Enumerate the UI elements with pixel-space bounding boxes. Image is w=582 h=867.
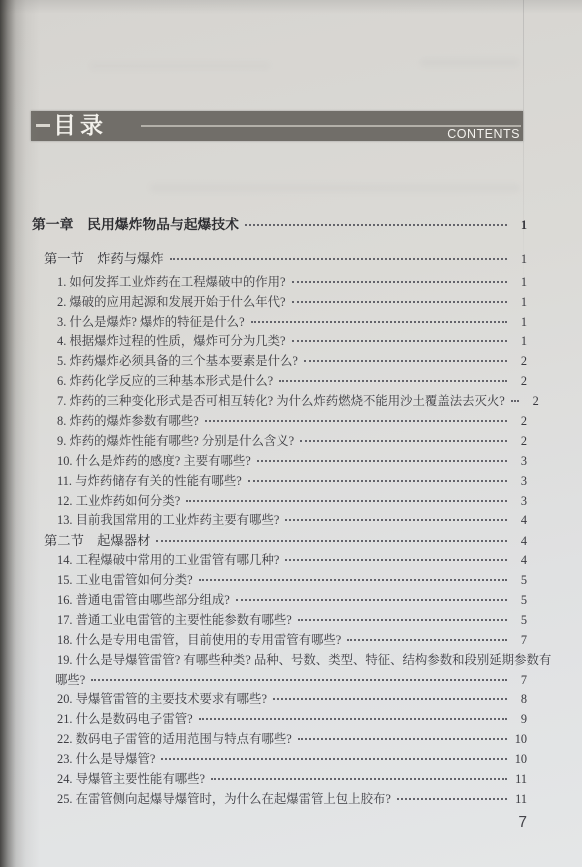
toc-entry-page: 10 bbox=[512, 730, 527, 750]
toc-entry-page: 4 bbox=[512, 551, 527, 571]
toc-item-row: 1. 如何发挥工业炸药在工程爆破中的作用?1 bbox=[32, 273, 527, 293]
toc-item-row: 16. 普通电雷管由哪些部分组成?5 bbox=[32, 591, 527, 611]
toc-item-row: 10. 什么是炸药的感度? 主要有哪些?3 bbox=[32, 452, 527, 472]
toc-section-row: 第二节 起爆器材4 bbox=[32, 531, 527, 551]
toc-entry-label: 第一章 民用爆炸物品与起爆技术 bbox=[32, 215, 239, 235]
toc-entry-page: 1 bbox=[512, 313, 527, 333]
header-dash-rule bbox=[36, 124, 50, 127]
toc-item-wrap-row: 哪些?7 bbox=[32, 671, 527, 691]
dot-leader bbox=[205, 420, 507, 422]
toc-item-row: 21. 什么是数码电子雷管?9 bbox=[32, 710, 527, 730]
dot-leader bbox=[347, 639, 507, 641]
toc-entry-label: 20. 导爆管雷管的主要技术要求有哪些? bbox=[57, 690, 267, 710]
contents-title-cn: 目录 bbox=[53, 110, 107, 140]
toc-entry-label: 19. 什么是导爆管雷管? 有哪些种类? 品种、号数、类型、特征、结构参数和段别… bbox=[57, 651, 551, 671]
toc-entry-label: 8. 炸药的爆炸参数有哪些? bbox=[57, 412, 199, 432]
toc-entry-label: 22. 数码电子雷管的适用范围与特点有哪些? bbox=[57, 730, 292, 750]
dot-leader bbox=[304, 360, 507, 362]
toc-item-row: 22. 数码电子雷管的适用范围与特点有哪些?10 bbox=[32, 730, 527, 750]
toc-entry-label: 16. 普通电雷管由哪些部分组成? bbox=[57, 591, 230, 611]
photo-top-shade bbox=[0, 0, 582, 14]
toc-entry-label: 18. 什么是专用电雷管，目前使用的专用雷管有哪些? bbox=[57, 631, 341, 651]
toc-entry-label: 6. 炸药化学反应的三种基本形式是什么? bbox=[57, 372, 273, 392]
toc-entry-label: 第二节 起爆器材 bbox=[44, 531, 150, 551]
toc-entry-label: 1. 如何发挥工业炸药在工程爆破中的作用? bbox=[57, 273, 286, 293]
toc-entry-label: 10. 什么是炸药的感度? 主要有哪些? bbox=[57, 452, 251, 472]
toc-item-row: 24. 导爆管主要性能有哪些?11 bbox=[32, 770, 527, 790]
toc-item-row: 9. 炸药的爆炸性能有哪些? 分别是什么含义?2 bbox=[32, 432, 527, 452]
page-number: 7 bbox=[518, 814, 527, 832]
dot-leader bbox=[245, 224, 507, 226]
contents-title-en: CONTENTS bbox=[447, 127, 520, 141]
toc-entry-label: 25. 在雷管侧向起爆导爆管时，为什么在起爆雷管上包上胶布? bbox=[57, 790, 391, 810]
toc-entry-page: 9 bbox=[512, 710, 527, 730]
toc-entry-label: 第一节 炸药与爆炸 bbox=[44, 249, 164, 269]
toc-entry-label: 5. 炸药爆炸必须具备的三个基本要素是什么? bbox=[57, 352, 298, 372]
dot-leader bbox=[211, 778, 507, 780]
toc-entry-page: 3 bbox=[512, 452, 527, 472]
toc-entry-page: 5 bbox=[512, 591, 527, 611]
dot-leader bbox=[273, 698, 507, 700]
toc-entry-page: 2 bbox=[524, 392, 539, 412]
book-page-photo: 目录 CONTENTS 第一章 民用爆炸物品与起爆技术1第一节 炸药与爆炸11.… bbox=[0, 0, 582, 867]
dot-leader bbox=[397, 798, 507, 800]
toc-entry-page: 10 bbox=[512, 750, 527, 770]
dot-leader bbox=[285, 559, 507, 561]
dot-leader bbox=[161, 758, 507, 760]
dot-leader bbox=[511, 400, 519, 402]
toc-item-row: 6. 炸药化学反应的三种基本形式是什么?2 bbox=[32, 372, 527, 392]
toc-entry-page: 5 bbox=[512, 571, 527, 591]
dot-leader bbox=[199, 579, 507, 581]
dot-leader bbox=[300, 440, 507, 442]
toc-entry-page: 2 bbox=[512, 412, 527, 432]
toc-item-row: 2. 爆破的应用起源和发展开始于什么年代?1 bbox=[32, 293, 527, 313]
toc-item-row: 15. 工业电雷管如何分类?5 bbox=[32, 571, 527, 591]
toc-entry-label: 12. 工业炸药如何分类? bbox=[57, 492, 180, 512]
dot-leader bbox=[170, 258, 507, 260]
toc-item-row: 25. 在雷管侧向起爆导爆管时，为什么在起爆雷管上包上胶布?11 bbox=[32, 790, 527, 810]
toc-entry-label: 17. 普通工业电雷管的主要性能参数有哪些? bbox=[57, 611, 292, 631]
toc-item-row: 11. 与炸药储存有关的性能有哪些?3 bbox=[32, 472, 527, 492]
toc-item-row: 19. 什么是导爆管雷管? 有哪些种类? 品种、号数、类型、特征、结构参数和段别… bbox=[32, 651, 527, 671]
toc-entry-label: 2. 爆破的应用起源和发展开始于什么年代? bbox=[57, 293, 286, 313]
toc-entry-page: 4 bbox=[512, 511, 527, 531]
toc-item-row: 4. 根据爆炸过程的性质，爆炸可分为几类?1 bbox=[32, 332, 527, 352]
dot-leader bbox=[91, 679, 507, 681]
toc-entry-page: 1 bbox=[512, 273, 527, 293]
toc-entry-page: 7 bbox=[512, 631, 527, 651]
toc-entry-page: 1 bbox=[512, 332, 527, 352]
toc-entry-page: 1 bbox=[512, 250, 527, 270]
toc-entry-label: 4. 根据爆炸过程的性质，爆炸可分为几类? bbox=[57, 332, 286, 352]
toc-entry-label: 哪些? bbox=[55, 671, 85, 691]
toc-entry-label: 21. 什么是数码电子雷管? bbox=[57, 710, 193, 730]
toc-entry-page: 4 bbox=[512, 532, 527, 552]
toc-entry-label: 14. 工程爆破中常用的工业雷管有哪几种? bbox=[57, 551, 279, 571]
toc-item-row: 7. 炸药的三种变化形式是否可相互转化? 为什么炸药燃烧不能用沙土覆盖法去灭火?… bbox=[32, 392, 527, 412]
toc-entry-page: 7 bbox=[512, 671, 527, 691]
toc-entry-page: 1 bbox=[512, 293, 527, 313]
toc-item-row: 23. 什么是导爆管?10 bbox=[32, 750, 527, 770]
toc-entry-label: 23. 什么是导爆管? bbox=[57, 750, 155, 770]
toc-item-row: 14. 工程爆破中常用的工业雷管有哪几种?4 bbox=[32, 551, 527, 571]
toc-item-row: 20. 导爆管雷管的主要技术要求有哪些?8 bbox=[32, 690, 527, 710]
toc-entry-page: 8 bbox=[512, 690, 527, 710]
dot-leader bbox=[156, 540, 507, 542]
toc-list: 第一章 民用爆炸物品与起爆技术1第一节 炸药与爆炸11. 如何发挥工业炸药在工程… bbox=[32, 215, 527, 810]
dot-leader bbox=[292, 340, 507, 342]
toc-entry-page: 2 bbox=[512, 372, 527, 392]
toc-entry-page: 3 bbox=[512, 492, 527, 512]
dot-leader bbox=[298, 738, 507, 740]
page-showthrough bbox=[150, 184, 520, 192]
toc-entry-page: 5 bbox=[512, 611, 527, 631]
toc-entry-label: 15. 工业电雷管如何分类? bbox=[57, 571, 193, 591]
toc-entry-page: 11 bbox=[512, 790, 527, 810]
page-showthrough bbox=[420, 58, 520, 67]
toc-entry-page: 1 bbox=[512, 216, 527, 236]
toc-section-row: 第一节 炸药与爆炸1 bbox=[32, 249, 527, 269]
dot-leader bbox=[298, 619, 507, 621]
toc-entry-label: 11. 与炸药储存有关的性能有哪些? bbox=[57, 472, 242, 492]
toc-entry-label: 24. 导爆管主要性能有哪些? bbox=[57, 770, 205, 790]
toc-item-row: 13. 目前我国常用的工业炸药主要有哪些?4 bbox=[32, 511, 527, 531]
page-showthrough bbox=[90, 62, 270, 70]
toc-item-row: 12. 工业炸药如何分类?3 bbox=[32, 492, 527, 512]
toc-item-row: 18. 什么是专用电雷管，目前使用的专用雷管有哪些?7 bbox=[32, 631, 527, 651]
toc-entry-page: 3 bbox=[512, 472, 527, 492]
dot-leader bbox=[292, 281, 507, 283]
dot-leader bbox=[257, 460, 507, 462]
toc-entry-label: 3. 什么是爆炸? 爆炸的特征是什么? bbox=[57, 313, 245, 333]
toc-item-row: 17. 普通工业电雷管的主要性能参数有哪些?5 bbox=[32, 611, 527, 631]
toc-entry-page: 2 bbox=[512, 352, 527, 372]
toc-item-row: 5. 炸药爆炸必须具备的三个基本要素是什么?2 bbox=[32, 352, 527, 372]
dot-leader bbox=[285, 519, 507, 521]
dot-leader bbox=[236, 599, 507, 601]
contents-header-bar: 目录 CONTENTS bbox=[31, 111, 523, 141]
toc-item-row: 3. 什么是爆炸? 爆炸的特征是什么?1 bbox=[32, 313, 527, 333]
dot-leader bbox=[248, 480, 507, 482]
dot-leader bbox=[186, 500, 507, 502]
toc-entry-page: 2 bbox=[512, 432, 527, 452]
toc-entry-label: 7. 炸药的三种变化形式是否可相互转化? 为什么炸药燃烧不能用沙土覆盖法去灭火? bbox=[57, 392, 505, 412]
dot-leader bbox=[199, 718, 507, 720]
dot-leader bbox=[292, 301, 507, 303]
toc-entry-page: 11 bbox=[512, 770, 527, 790]
toc-entry-label: 13. 目前我国常用的工业炸药主要有哪些? bbox=[57, 511, 279, 531]
dot-leader bbox=[279, 380, 507, 382]
toc-item-row: 8. 炸药的爆炸参数有哪些?2 bbox=[32, 412, 527, 432]
toc-chapter-row: 第一章 民用爆炸物品与起爆技术1 bbox=[32, 215, 527, 235]
dot-leader bbox=[251, 321, 507, 323]
toc-entry-label: 9. 炸药的爆炸性能有哪些? 分别是什么含义? bbox=[57, 432, 294, 452]
